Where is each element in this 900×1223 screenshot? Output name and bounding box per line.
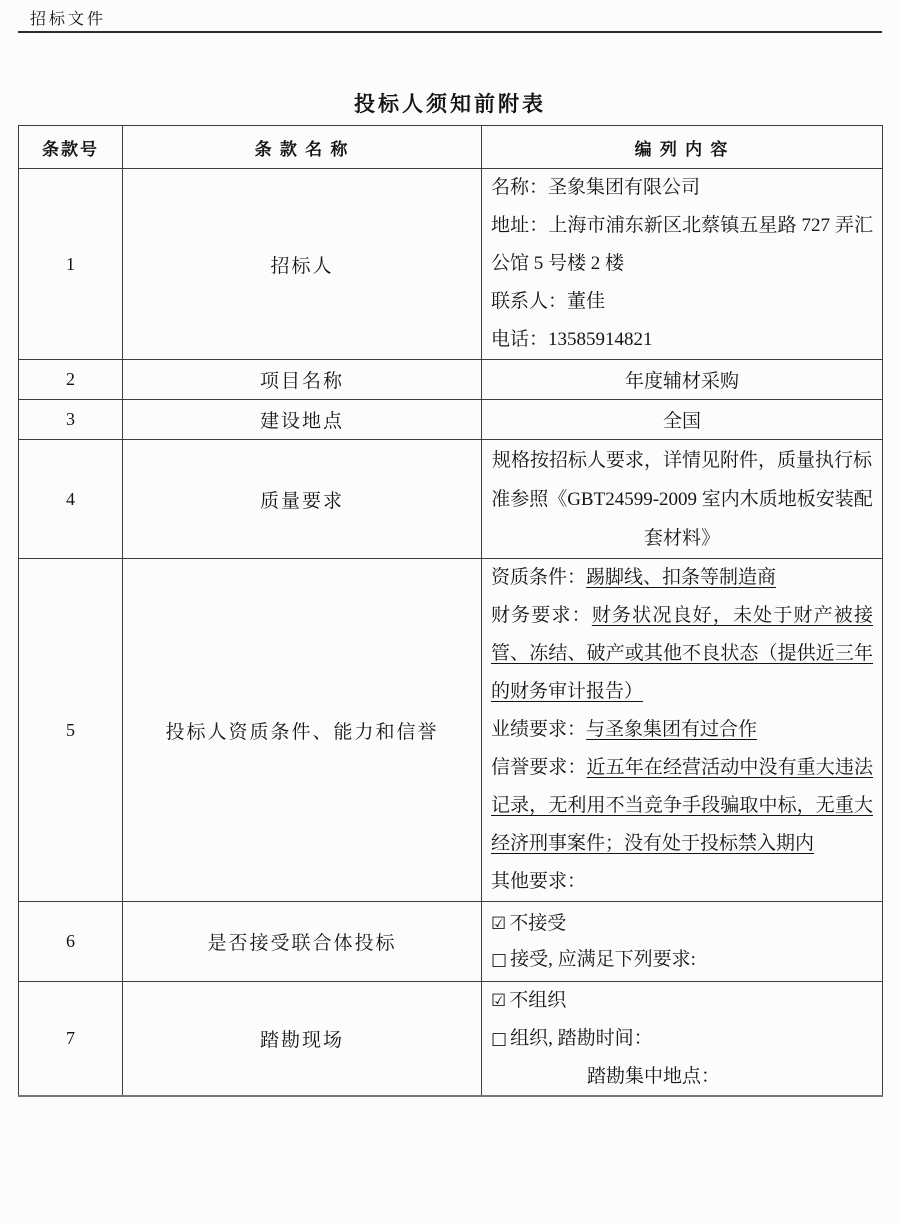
clause-name: 招标人 [123, 169, 482, 360]
tenderer-address: 地址：上海市浦东新区北蔡镇五星路 727 弄汇公馆 5 号楼 2 楼 [491, 207, 873, 283]
option-organize: □组织, 踏勘时间： [491, 1020, 873, 1058]
table-row-qualification: 5 投标人资质条件、能力和信誉 资质条件：踢脚线、扣条等制造商 财务要求：财务状… [19, 559, 883, 902]
clause-no: 4 [19, 440, 123, 559]
clause-no: 6 [19, 902, 123, 982]
tenderer-contact: 联系人：董佳 [491, 283, 873, 321]
table-row-quality: 4 质量要求 规格按招标人要求，详情见附件，质量执行标准参照《GBT24599-… [19, 440, 883, 559]
tenderer-phone: 电话：13585914821 [491, 321, 873, 359]
item-value: 踢脚线、扣条等制造商 [586, 567, 776, 588]
clause-content: 规格按招标人要求，详情见附件，质量执行标准参照《GBT24599-2009 室内… [482, 440, 883, 559]
clause-content: 名称：圣象集团有限公司 地址：上海市浦东新区北蔡镇五星路 727 弄汇公馆 5 … [482, 169, 883, 360]
checkbox-checked-icon: ☑ [491, 914, 506, 934]
checkbox-unchecked-icon: □ [491, 1029, 507, 1049]
table-row-location: 3 建设地点 全国 [19, 400, 883, 440]
clause-no: 7 [19, 982, 123, 1097]
survey-gather-place: 踏勘集中地点： [491, 1058, 873, 1095]
clause-content: 资质条件：踢脚线、扣条等制造商 财务要求：财务状况良好，未处于财产被接管、冻结、… [482, 559, 883, 902]
clause-name: 是否接受联合体投标 [123, 902, 482, 982]
clause-content: ☑不接受 □接受, 应满足下列要求: [482, 902, 883, 982]
col-header-clause-no: 条款号 [19, 126, 123, 169]
option-accept: □接受, 应满足下列要求: [491, 942, 873, 978]
item-label: 业绩要求： [491, 719, 586, 740]
table-row-tenderer: 1 招标人 名称：圣象集团有限公司 地址：上海市浦东新区北蔡镇五星路 727 弄… [19, 169, 883, 360]
clause-name: 质量要求 [123, 440, 482, 559]
option-not-accept: ☑不接受 [491, 906, 873, 942]
col-header-clause-name: 条 款 名 称 [123, 126, 482, 169]
option-not-organize: ☑不组织 [491, 982, 873, 1020]
page-title: 投标人须知前附表 [0, 88, 900, 118]
table-row-site-survey: 7 踏勘现场 ☑不组织 □组织, 踏勘时间： 踏勘集中地点： [19, 982, 883, 1097]
item-label: 信誉要求： [491, 757, 587, 778]
clause-name: 建设地点 [123, 400, 482, 440]
clause-no: 5 [19, 559, 123, 902]
item-value: 与圣象集团有过合作 [586, 719, 757, 740]
option-label: 接受, 应满足下列要求: [510, 949, 696, 970]
clause-no: 3 [19, 400, 123, 440]
clause-no: 2 [19, 360, 123, 400]
reputation-requirement: 信誉要求：近五年在经营活动中没有重大违法记录，无利用不当竞争手段骗取中标，无重大… [491, 749, 873, 863]
table-row-consortium: 6 是否接受联合体投标 ☑不接受 □接受, 应满足下列要求: [19, 902, 883, 982]
checkbox-unchecked-icon: □ [491, 950, 507, 970]
col-header-content: 编 列 内 容 [482, 126, 883, 169]
option-label: 组织, 踏勘时间： [510, 1028, 653, 1049]
clause-content: 全国 [482, 400, 883, 440]
other-requirement: 其他要求： [491, 863, 873, 901]
checkbox-checked-icon: ☑ [491, 991, 506, 1011]
clause-name: 踏勘现场 [123, 982, 482, 1097]
qualification-condition: 资质条件：踢脚线、扣条等制造商 [491, 559, 873, 597]
item-label: 资质条件： [491, 567, 586, 588]
doc-label: 招标文件 [30, 6, 106, 29]
option-label: 不接受 [509, 913, 566, 934]
option-label: 不组织 [509, 990, 566, 1011]
clause-name: 投标人资质条件、能力和信誉 [123, 559, 482, 902]
table-row-project-name: 2 项目名称 年度辅材采购 [19, 360, 883, 400]
table-header-row: 条款号 条 款 名 称 编 列 内 容 [19, 126, 883, 169]
clause-content: 年度辅材采购 [482, 360, 883, 400]
clause-content: ☑不组织 □组织, 踏勘时间： 踏勘集中地点： [482, 982, 883, 1097]
item-label: 财务要求： [491, 605, 592, 626]
tenderer-company: 名称：圣象集团有限公司 [491, 169, 873, 207]
front-attached-table: 条款号 条 款 名 称 编 列 内 容 1 招标人 名称：圣象集团有限公司 地址… [18, 125, 883, 1097]
clause-name: 项目名称 [123, 360, 482, 400]
performance-requirement: 业绩要求：与圣象集团有过合作 [491, 711, 873, 749]
item-label: 其他要求： [491, 871, 586, 892]
quality-requirement-text: 规格按招标人要求，详情见附件，质量执行标准参照《GBT24599-2009 室内… [491, 441, 873, 558]
header-rule [18, 31, 882, 33]
clause-no: 1 [19, 169, 123, 360]
finance-requirement: 财务要求：财务状况良好，未处于财产被接管、冻结、破产或其他不良状态（提供近三年的… [491, 597, 873, 711]
